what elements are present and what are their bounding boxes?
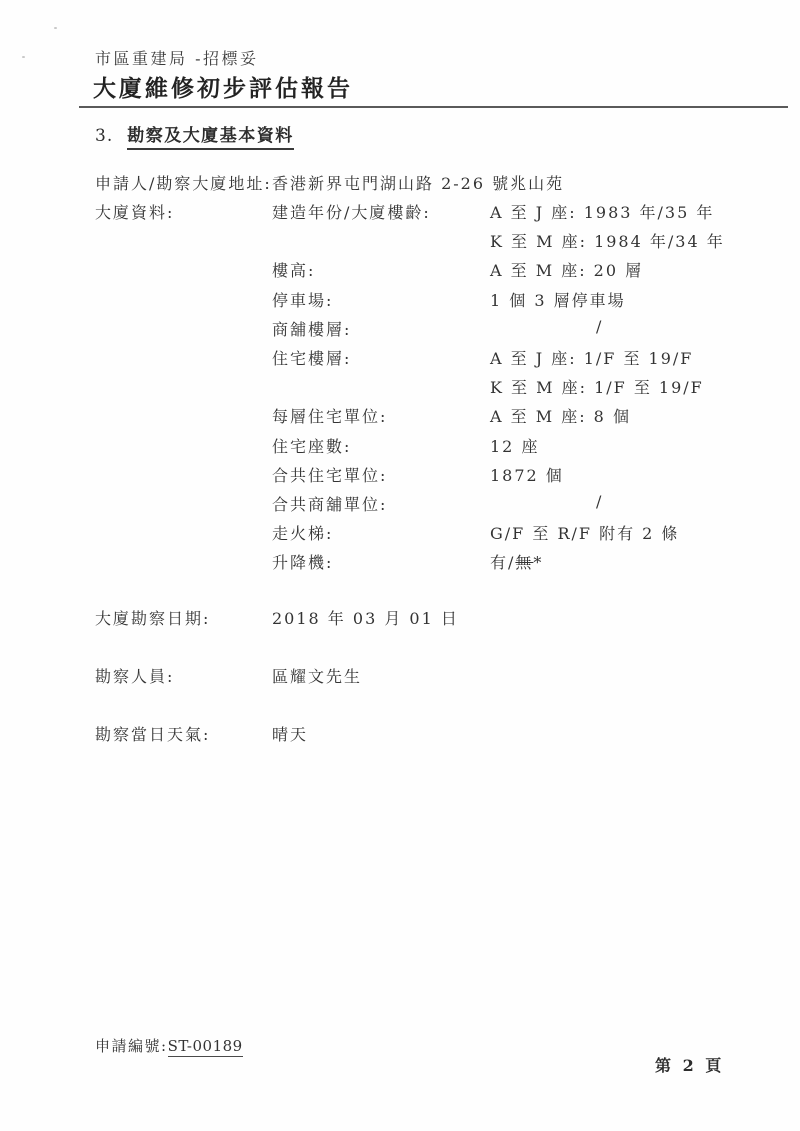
section-number: 3. xyxy=(95,126,113,146)
field-label: 商舖樓層: xyxy=(272,317,490,340)
field-label: 每層住宅單位: xyxy=(272,404,490,427)
weather-row: 勘察當日天氣: 晴天 xyxy=(95,722,308,745)
lift-yes: 有/ xyxy=(490,553,515,572)
field-label: 走火梯: xyxy=(272,521,490,544)
address-label: 申請人/勘察大廈地址: xyxy=(95,171,272,194)
survey-date-value: 2018 年 03 月 01 日 xyxy=(272,606,459,629)
field-value: A 至 M 座: 20 層 xyxy=(490,258,725,281)
document-title: 大廈維修初步評估報告 xyxy=(93,70,353,103)
application-number-value: ST-00189 xyxy=(168,1037,243,1057)
field-value: K 至 M 座: 1984 年/34 年 xyxy=(490,229,725,252)
detail-row-construction-year: 建造年份/大廈樓齡: A 至 J 座: 1983 年/35 年 xyxy=(272,200,725,229)
section-title: 勘察及大廈基本資料 xyxy=(127,126,294,150)
field-value: / xyxy=(490,492,725,511)
detail-row-total-shops: 合共商舖單位: / xyxy=(272,492,725,521)
field-label: 停車場: xyxy=(272,288,490,311)
field-label: 住宅樓層: xyxy=(272,346,490,369)
field-value: 有/無* xyxy=(490,550,725,573)
detail-row-total-units: 合共住宅單位: 1872 個 xyxy=(272,463,725,492)
detail-row-lift: 升降機: 有/無* xyxy=(272,550,725,579)
surveyor-row: 勘察人員: 區耀文先生 xyxy=(95,664,362,687)
field-value: K 至 M 座: 1/F 至 19/F xyxy=(490,375,725,398)
field-label: 樓高: xyxy=(272,258,490,281)
detail-row-carpark: 停車場: 1 個 3 層停車場 xyxy=(272,288,725,317)
organization-line: 市區重建局 -招標妥 xyxy=(95,46,259,69)
field-label: 建造年份/大廈樓齡: xyxy=(272,200,490,223)
field-value: A 至 J 座: 1/F 至 19/F xyxy=(490,346,725,369)
page-number: 第 2 頁 xyxy=(655,1053,724,1076)
field-label: 合共住宅單位: xyxy=(272,463,490,486)
weather-label: 勘察當日天氣: xyxy=(95,722,272,745)
document-page: 市區重建局 -招標妥 大廈維修初步評估報告 3.勘察及大廈基本資料 申請人/勘察… xyxy=(0,0,800,1131)
title-divider xyxy=(79,106,788,108)
scan-speck xyxy=(22,56,25,58)
field-label: 住宅座數: xyxy=(272,434,490,457)
weather-value: 晴天 xyxy=(272,722,308,745)
detail-row-block-count: 住宅座數: 12 座 xyxy=(272,434,725,463)
field-value: 1 個 3 層停車場 xyxy=(490,288,725,311)
detail-row-residential-floors: 住宅樓層: A 至 J 座: 1/F 至 19/F xyxy=(272,346,725,375)
lift-no-struck: 無 xyxy=(515,553,533,572)
section-heading: 3.勘察及大廈基本資料 xyxy=(95,121,294,146)
detail-row-building-height: 樓高: A 至 M 座: 20 層 xyxy=(272,258,725,287)
field-label: 合共商舖單位: xyxy=(272,492,490,515)
detail-row-residential-floors-2: K 至 M 座: 1/F 至 19/F xyxy=(272,375,725,404)
scan-speck xyxy=(54,27,57,29)
lift-asterisk: * xyxy=(533,553,543,572)
application-number-label: 申請編號: xyxy=(95,1037,168,1055)
detail-row-construction-year-2: K 至 M 座: 1984 年/34 年 xyxy=(272,229,725,258)
building-info-label: 大廈資料: xyxy=(95,200,174,223)
survey-date-row: 大廈勘察日期: 2018 年 03 月 01 日 xyxy=(95,606,459,629)
field-value: A 至 J 座: 1983 年/35 年 xyxy=(490,200,725,223)
surveyor-label: 勘察人員: xyxy=(95,664,272,687)
surveyor-value: 區耀文先生 xyxy=(272,664,362,687)
field-value: 12 座 xyxy=(490,434,725,457)
field-value: G/F 至 R/F 附有 2 條 xyxy=(490,521,725,544)
detail-row-fire-escape: 走火梯: G/F 至 R/F 附有 2 條 xyxy=(272,521,725,550)
survey-date-label: 大廈勘察日期: xyxy=(95,606,272,629)
field-label: 升降機: xyxy=(272,550,490,573)
detail-row-shop-floors: 商舖樓層: / xyxy=(272,317,725,346)
detail-row-units-per-floor: 每層住宅單位: A 至 M 座: 8 個 xyxy=(272,404,725,433)
application-number-row: 申請編號:ST-00189 xyxy=(95,1035,243,1056)
address-value: 香港新界屯門湖山路 2-26 號兆山苑 xyxy=(272,171,564,194)
field-value: A 至 M 座: 8 個 xyxy=(490,404,725,427)
field-value: 1872 個 xyxy=(490,463,725,486)
building-details: 建造年份/大廈樓齡: A 至 J 座: 1983 年/35 年 K 至 M 座:… xyxy=(272,200,725,579)
field-value: / xyxy=(490,317,725,336)
address-row: 申請人/勘察大廈地址: 香港新界屯門湖山路 2-26 號兆山苑 xyxy=(95,171,564,194)
